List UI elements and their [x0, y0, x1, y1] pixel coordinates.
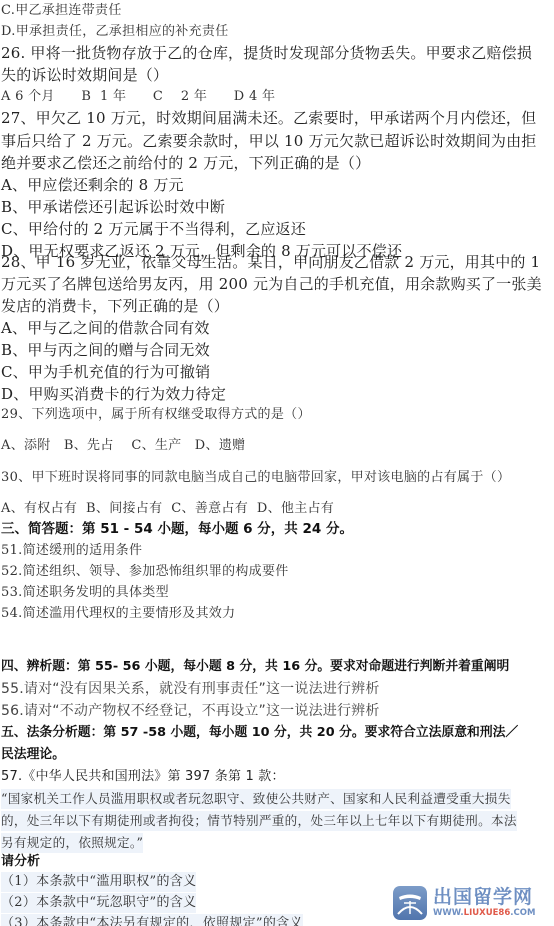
section3-heading: 三、简答题：第 51 - 54 小题，每小题 6 分，共 24 分。 — [1, 519, 353, 539]
section3-item-54: 54.简述滥用代理权的主要情形及其效力 — [1, 604, 235, 624]
q26-options: A 6 个月 B 1 年 C 2 年 D 4 年 — [1, 87, 275, 107]
section3-item-53: 53.简述职务发明的具体类型 — [1, 583, 169, 603]
q28-stem-line2: 万元买了名牌包送给男友丙，用 200 元为自己的手机充值，用余款购买了一张美 — [1, 274, 542, 294]
q28-stem-line1: 28、甲 16 岁无业，依靠父母生活。某日，甲向朋友乙借款 2 万元，用其中的 … — [1, 252, 540, 272]
q57-quote-line2: 的，处三年以下有期徒刑或者拘役；情节特别严重的，处三年以上七年以下有期徒刑。本法 — [1, 811, 517, 831]
q28-option-d: D、甲购买消费卡的行为效力待定 — [1, 384, 226, 404]
q25-option-c: C.甲乙承担连带责任 — [1, 1, 122, 21]
section3-item-51: 51.简述缓刑的适用条件 — [1, 541, 142, 561]
q28-option-b: B、甲与丙之间的赠与合同无效 — [1, 340, 210, 360]
q29-stem: 29、下列选项中，属于所有权继受取得方式的是（） — [1, 405, 311, 425]
sub-question-2: （2）本条款中“玩忽职守”的含义 — [1, 893, 196, 913]
watermark-url: WWW.LIUXUE86.COM — [433, 909, 535, 918]
q27-stem-line2: 事后只给了 2 万元。乙索要余款时，甲以 10 万元欠款已超诉讼时效期间为由拒 — [1, 131, 537, 151]
section5-heading-line1: 五、法条分析题：第 57 -58 小题，每小题 10 分，共 20 分。要求符合… — [1, 723, 518, 743]
watermark: 出国留学网 WWW.LIUXUE86.COM — [393, 884, 553, 922]
q28-option-a: A、甲与乙之间的借款合同有效 — [1, 318, 210, 338]
q30-options: A、有权占有 B、间接占有 C、善意占有 D、他主占有 — [1, 499, 334, 519]
q27-option-b: B、甲承诺偿还引起诉讼时效中断 — [1, 197, 225, 217]
q27-option-c: C、甲给付的 2 万元属于不当得利，乙应返还 — [1, 219, 306, 239]
q27-stem-line1: 27、甲欠乙 10 万元，时效期间届满未还。乙索要时，甲承诺两个月内偿还，但 — [1, 108, 536, 128]
q57-title: 57.《中华人民共和国刑法》第 397 条第 1 款： — [1, 767, 285, 787]
q30-stem: 30、甲下班时误将同事的同款电脑当成自己的电脑带回家，甲对该电脑的占有属于（） — [1, 468, 510, 488]
q28-option-c: C、甲为手机充值的行为可撤销 — [1, 362, 210, 382]
q57-quote-line1: “国家机关工作人员滥用职权或者玩忽职守、致使公共财产、国家和人民利益遭受重大损失 — [1, 789, 511, 809]
section5-heading-line2: 民法理论。 — [1, 745, 65, 765]
q29-options: A、添附 B、先占 C、生产 D、遗赠 — [1, 436, 245, 456]
section3-item-52: 52.简述组织、领导、参加恐怖组织罪的构成要件 — [1, 562, 289, 582]
watermark-logo-icon — [393, 886, 427, 920]
analyze-label: 请分析 — [1, 852, 40, 872]
section4-item-56: 56.请对“不动产物权不经登记，不再设立”这一说法进行辨析 — [1, 701, 380, 721]
section4-heading: 四、辨析题：第 55- 56 小题，每小题 8 分，共 16 分。要求对命题进行… — [1, 657, 509, 677]
sub-question-1: （1）本条款中“滥用职权”的含义 — [1, 872, 196, 892]
section4-item-55: 55.请对“没有因果关系，就没有刑事责任”这一说法进行辨析 — [1, 679, 380, 699]
watermark-name: 出国留学网 — [433, 888, 535, 907]
q27-stem-line3: 绝并要求乙偿还之前给付的 2 万元，下列正确的是（） — [1, 153, 370, 173]
q28-stem-line3: 发店的消费卡，下列正确的是（） — [1, 296, 229, 316]
q57-quote-line3: 另有规定的，依照规定。” — [1, 833, 143, 853]
sub-question-3: （3）本条款中“本法另有规定的，依照规定”的含义 — [1, 914, 303, 926]
q26-stem-line2: 失的诉讼时效期间是（） — [1, 65, 168, 85]
q26-stem-line1: 26. 甲将一批货物存放于乙的仓库，提货时发现部分货物丢失。甲要求乙赔偿损 — [1, 43, 532, 63]
q27-option-a: A、甲应偿还剩余的 8 万元 — [1, 175, 184, 195]
q25-option-d: D.甲承担责任，乙承担相应的补充责任 — [1, 22, 229, 42]
